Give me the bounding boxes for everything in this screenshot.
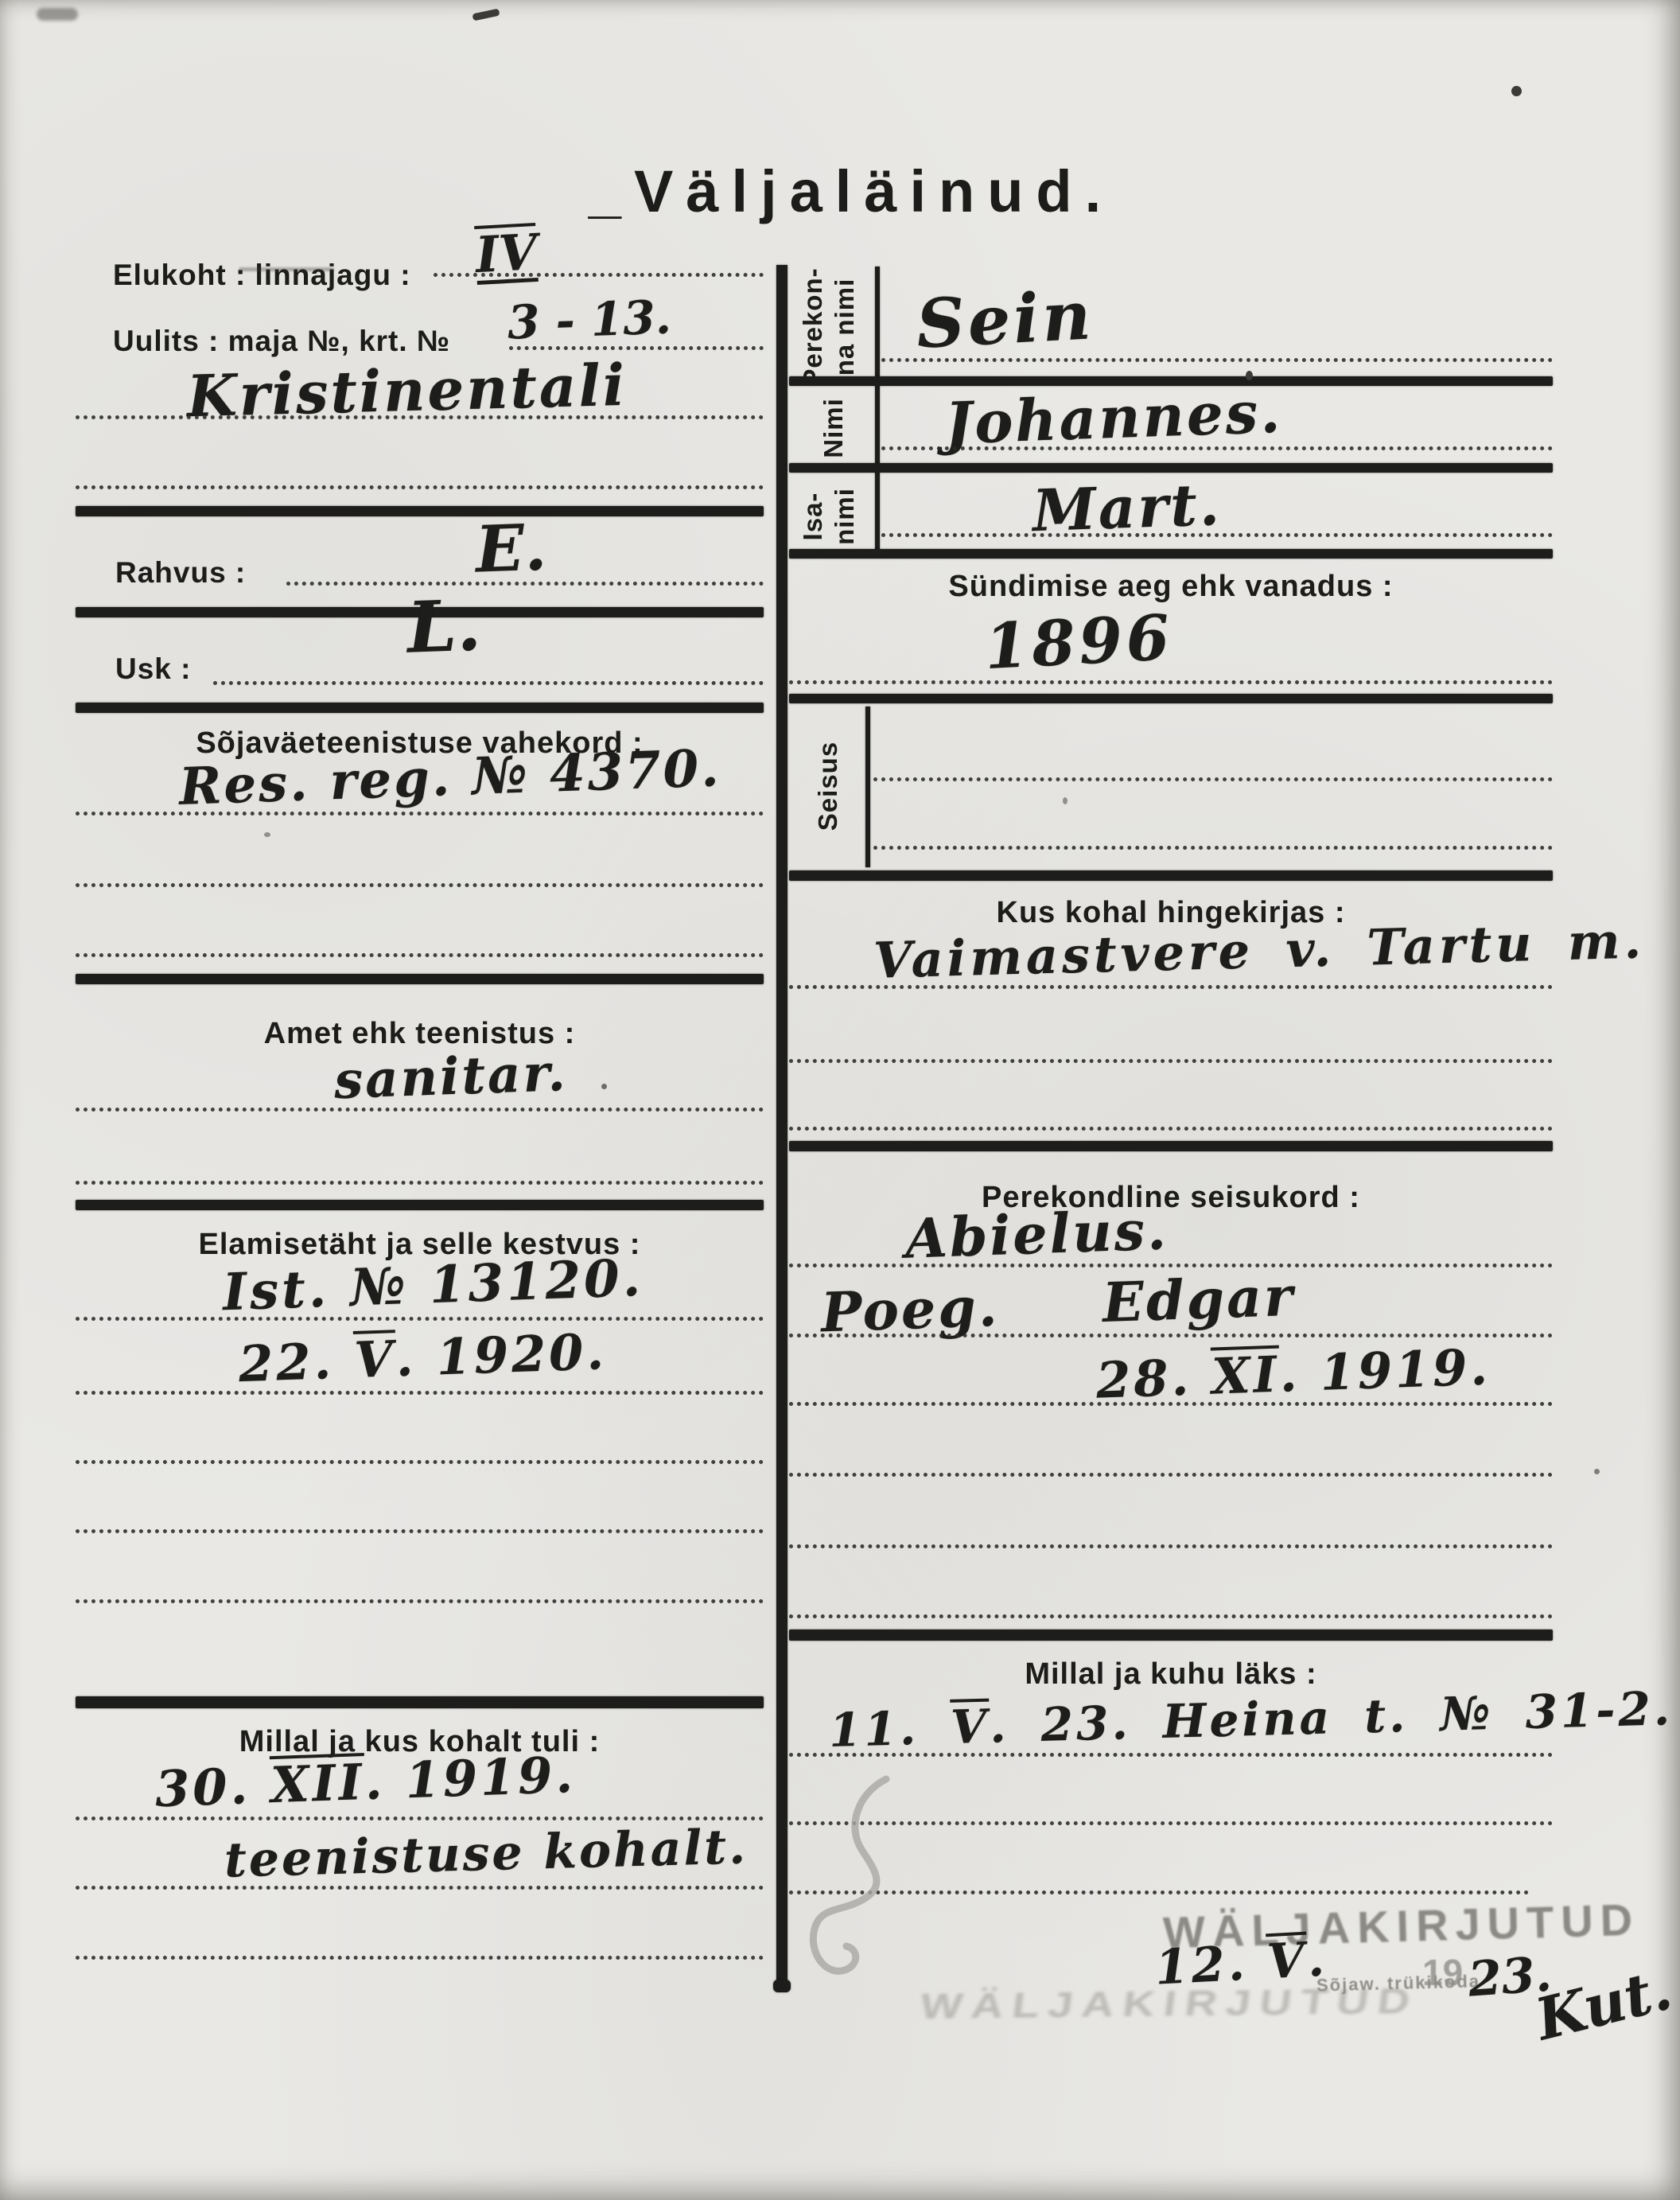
field-laks-value: 11. V. 23. Heina t. № 31-2. <box>828 1680 1673 1758</box>
dotted-line <box>76 1391 764 1395</box>
roman-numeral: XI <box>1211 1345 1280 1402</box>
dotted-line <box>789 1753 1553 1757</box>
date-dot: . <box>1306 1931 1329 1988</box>
page-title: _Väljaläinud. <box>557 158 1145 225</box>
dotted-line <box>76 1529 764 1533</box>
column-divider <box>776 265 787 1985</box>
dotted-line <box>789 1544 1553 1548</box>
scan-smudge <box>37 8 78 21</box>
roman-numeral: IV <box>474 223 539 285</box>
scanned-registration-card: { "colors": { "paper": "#e9e8e5", "ink":… <box>0 0 1680 2200</box>
dotted-line <box>789 1264 1553 1267</box>
date-rest: . 23. Heina t. № 31-2. <box>989 1681 1673 1753</box>
rule-line <box>789 870 1553 881</box>
label-line: nimi <box>829 453 861 580</box>
field-usk-value: L. <box>406 583 482 668</box>
field-perekondline-date: 28. XI. 1919. <box>1095 1338 1491 1409</box>
field-uulits-value: 3 - 13. <box>507 290 672 349</box>
dotted-line <box>789 1334 1553 1338</box>
date-day: 30. <box>154 1756 272 1818</box>
field-elukoht-label: Elukoht : linnajagu : <box>113 259 411 292</box>
dotted-line <box>789 1473 1553 1477</box>
inner-divider <box>865 707 870 867</box>
dotted-line <box>76 415 764 419</box>
date-day: 12. <box>1153 1934 1269 1996</box>
date-day: 28. <box>1095 1348 1213 1410</box>
section-amet-label: Amet ehk teenistus : <box>76 1017 764 1051</box>
roman-numeral: V <box>353 1330 396 1385</box>
dotted-line <box>789 1402 1553 1406</box>
field-elukoht-value: IV <box>474 223 539 285</box>
stamp-year-print: 19 <box>1422 1951 1463 1994</box>
scan-speck <box>264 832 270 837</box>
rule-line <box>76 703 764 713</box>
rule-line <box>76 974 764 984</box>
field-perekondline-value1: Abielus. <box>904 1198 1169 1271</box>
dotted-line <box>76 953 764 957</box>
date-rest: . 1919. <box>364 1746 577 1811</box>
section-sundimine-label: Sündimise aeg ehk vanadus : <box>789 570 1553 604</box>
roman-numeral: XII <box>270 1753 365 1810</box>
dotted-line <box>76 1317 764 1321</box>
field-sundimine-value: 1896 <box>983 602 1176 683</box>
dotted-line <box>789 1127 1553 1131</box>
date-rest: . 1919. <box>1278 1338 1491 1403</box>
dotted-line <box>76 883 764 887</box>
rule-line <box>789 549 1553 559</box>
dotted-line <box>789 1614 1553 1618</box>
scan-speck <box>1594 1469 1600 1474</box>
field-rahvus-value: E. <box>474 509 547 586</box>
child-name: Edgar <box>1102 1265 1296 1335</box>
rule-line <box>76 506 764 516</box>
dotted-line <box>873 846 1553 850</box>
date-day: 11. <box>828 1700 951 1758</box>
dotted-line <box>76 1816 764 1820</box>
scan-speck <box>1511 86 1522 96</box>
scan-speck <box>601 1084 607 1089</box>
rule-line <box>76 1200 764 1210</box>
scan-speck <box>1246 371 1253 380</box>
label-line: na nimi <box>829 259 861 395</box>
dotted-line <box>76 1886 764 1890</box>
dotted-line <box>76 1181 764 1185</box>
field-uulits-label: Uulits : maja №, krt. № <box>113 325 450 358</box>
field-nimi-value: Johannes. <box>944 378 1284 458</box>
inner-divider <box>875 267 880 555</box>
dotted-line <box>213 681 764 685</box>
field-tuli-value2: teenistuse kohalt. <box>224 1819 749 1888</box>
field-usk-label: Usk : <box>115 652 191 686</box>
dotted-line <box>789 985 1553 989</box>
field-elamisetaht-value2: 22. V. 1920. <box>238 1322 608 1393</box>
scan-speck <box>472 9 500 21</box>
dotted-line <box>76 812 764 816</box>
dotted-line <box>789 680 1553 684</box>
dotted-line <box>76 1599 764 1603</box>
label-seisus: Seisus <box>807 726 849 846</box>
scan-speck <box>1063 797 1067 804</box>
roman-numeral: V <box>950 1699 990 1750</box>
date-rest: . 1920. <box>395 1322 608 1388</box>
label-line: Isa- <box>797 453 829 580</box>
rule-line <box>789 694 1553 703</box>
rule-line <box>789 1141 1553 1151</box>
roman-numeral: V <box>1266 1932 1309 1987</box>
dotted-line <box>76 1108 764 1112</box>
dotted-line <box>881 533 1553 537</box>
dotted-line <box>881 358 1553 362</box>
field-perekonnanimi-value: Sein <box>915 275 1096 364</box>
label-line: Perekon- <box>797 259 829 395</box>
date-day: 22. <box>238 1331 356 1393</box>
rule-line <box>76 1696 764 1708</box>
field-amet-value: sanitar. <box>333 1043 569 1111</box>
column-divider-endcap <box>773 1980 791 1992</box>
label-isanimi: Isa- nimi <box>795 453 863 580</box>
dotted-line <box>76 1460 764 1464</box>
pencil-squiggle <box>797 1768 924 1999</box>
dotted-line <box>881 446 1553 450</box>
field-rahvus-label: Rahvus : <box>115 556 246 590</box>
dotted-line <box>873 777 1553 781</box>
dotted-line <box>76 1956 764 1960</box>
spacer <box>1000 1322 1103 1326</box>
clerk-signature: Kut. <box>1529 1954 1678 2053</box>
dotted-line <box>76 485 764 489</box>
dotted-line <box>789 1059 1553 1063</box>
rule-line <box>789 1630 1553 1641</box>
stamp-date-handwritten: 12. V. <box>1153 1930 1328 1996</box>
scan-smudge <box>239 267 334 271</box>
label-perekonnanimi: Perekon- na nimi <box>795 259 863 395</box>
